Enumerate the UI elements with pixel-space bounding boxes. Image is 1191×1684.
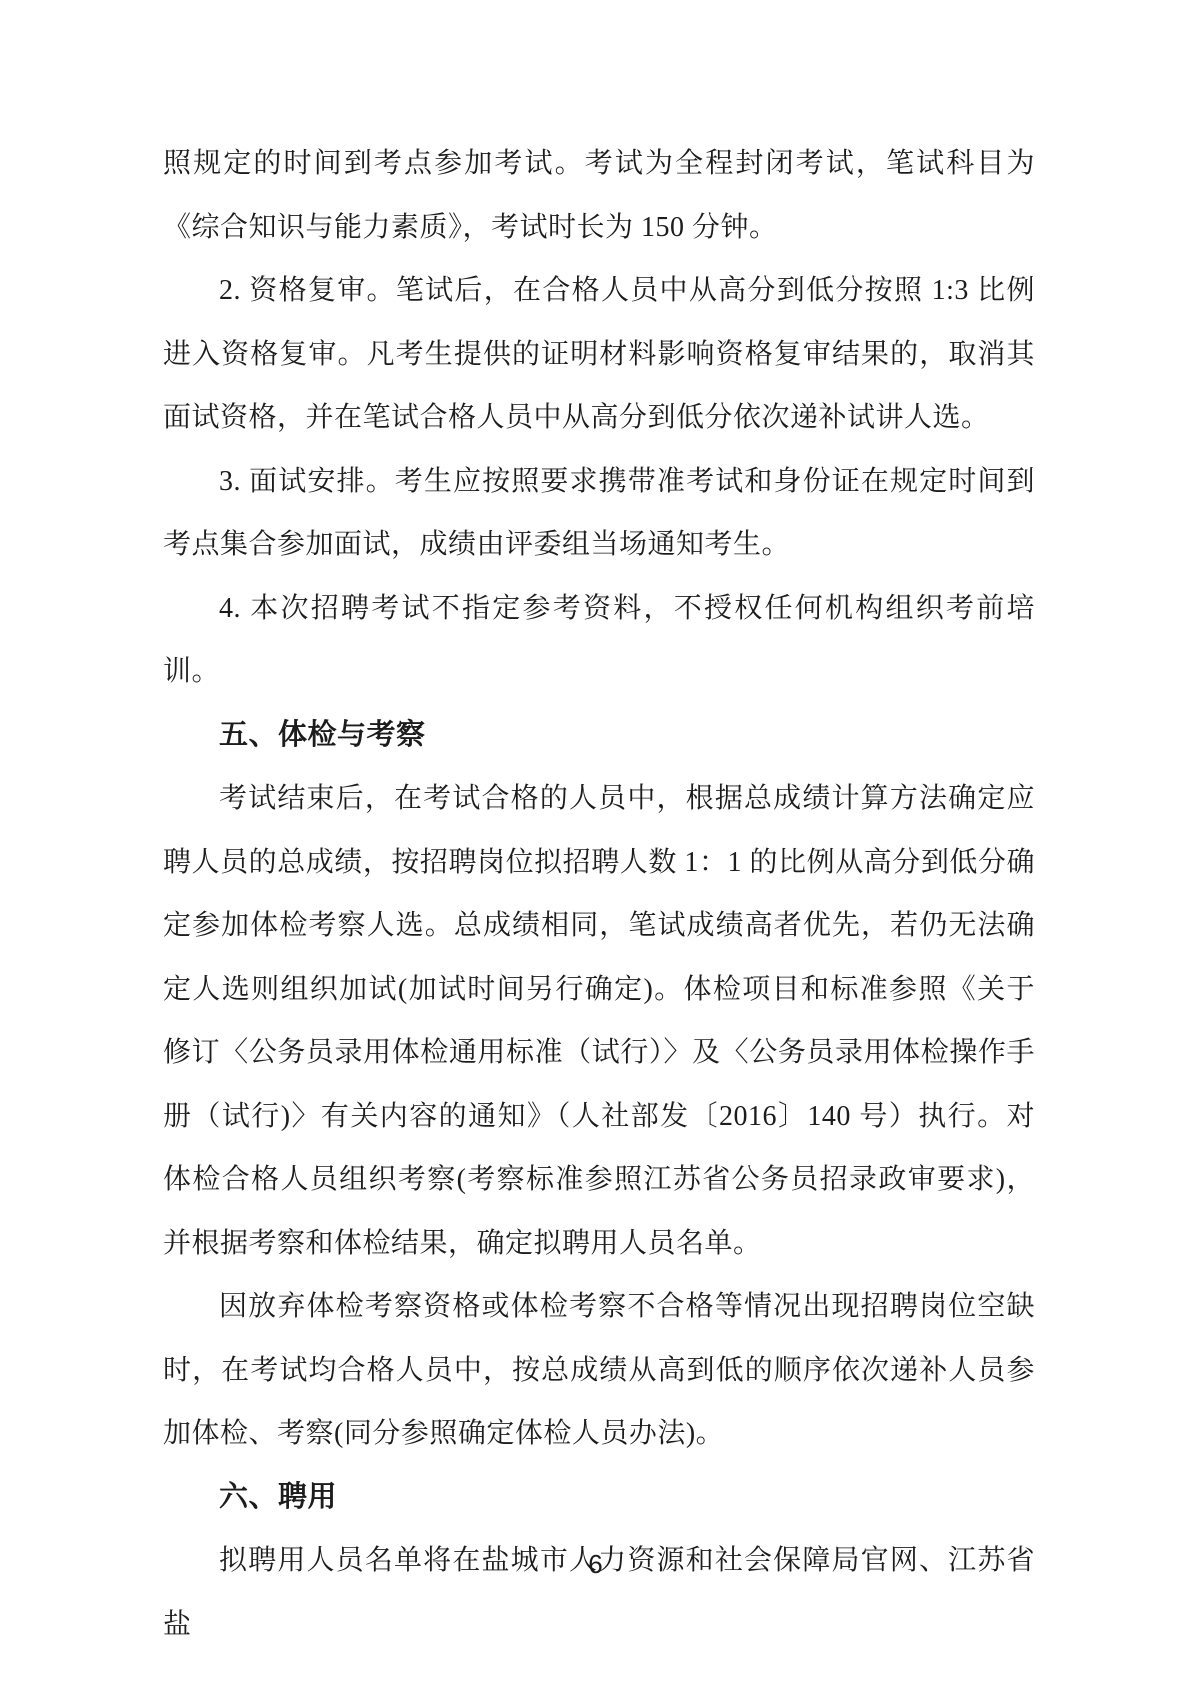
paragraph-physical-exam-details: 考试结束后，在考试合格的人员中，根据总成绩计算方法确定应聘人员的总成绩，按招聘岗… xyxy=(163,767,1035,1275)
document-page: 照规定的时间到考点参加考试。考试为全程封闭考试，笔试科目为《综合知识与能力素质》… xyxy=(0,0,1191,1684)
paragraph-qualification-review: 2. 资格复审。笔试后，在合格人员中从高分到低分按照 1:3 比例进入资格复审。… xyxy=(163,259,1035,450)
section-heading-physical-exam-and-inspection: 五、体检与考察 xyxy=(163,704,1035,768)
section-heading-employment: 六、聘用 xyxy=(163,1466,1035,1530)
page-number: 6 xyxy=(588,1549,602,1579)
page-footer: 6 xyxy=(0,1548,1191,1580)
document-content: 照规定的时间到考点参加考试。考试为全程封闭考试，笔试科目为《综合知识与能力素质》… xyxy=(163,132,1035,1656)
paragraph-no-training-authorized: 4. 本次招聘考试不指定参考资料，不授权任何机构组织考前培训。 xyxy=(163,577,1035,704)
paragraph-interview-arrangement: 3. 面试安排。考生应按照要求携带准考试和身份证在规定时间到考点集合参加面试，成… xyxy=(163,450,1035,577)
paragraph-exam-rules-continuation: 照规定的时间到考点参加考试。考试为全程封闭考试，笔试科目为《综合知识与能力素质》… xyxy=(163,132,1035,259)
paragraph-vacancy-replacement: 因放弃体检考察资格或体检考察不合格等情况出现招聘岗位空缺时，在考试均合格人员中，… xyxy=(163,1275,1035,1466)
